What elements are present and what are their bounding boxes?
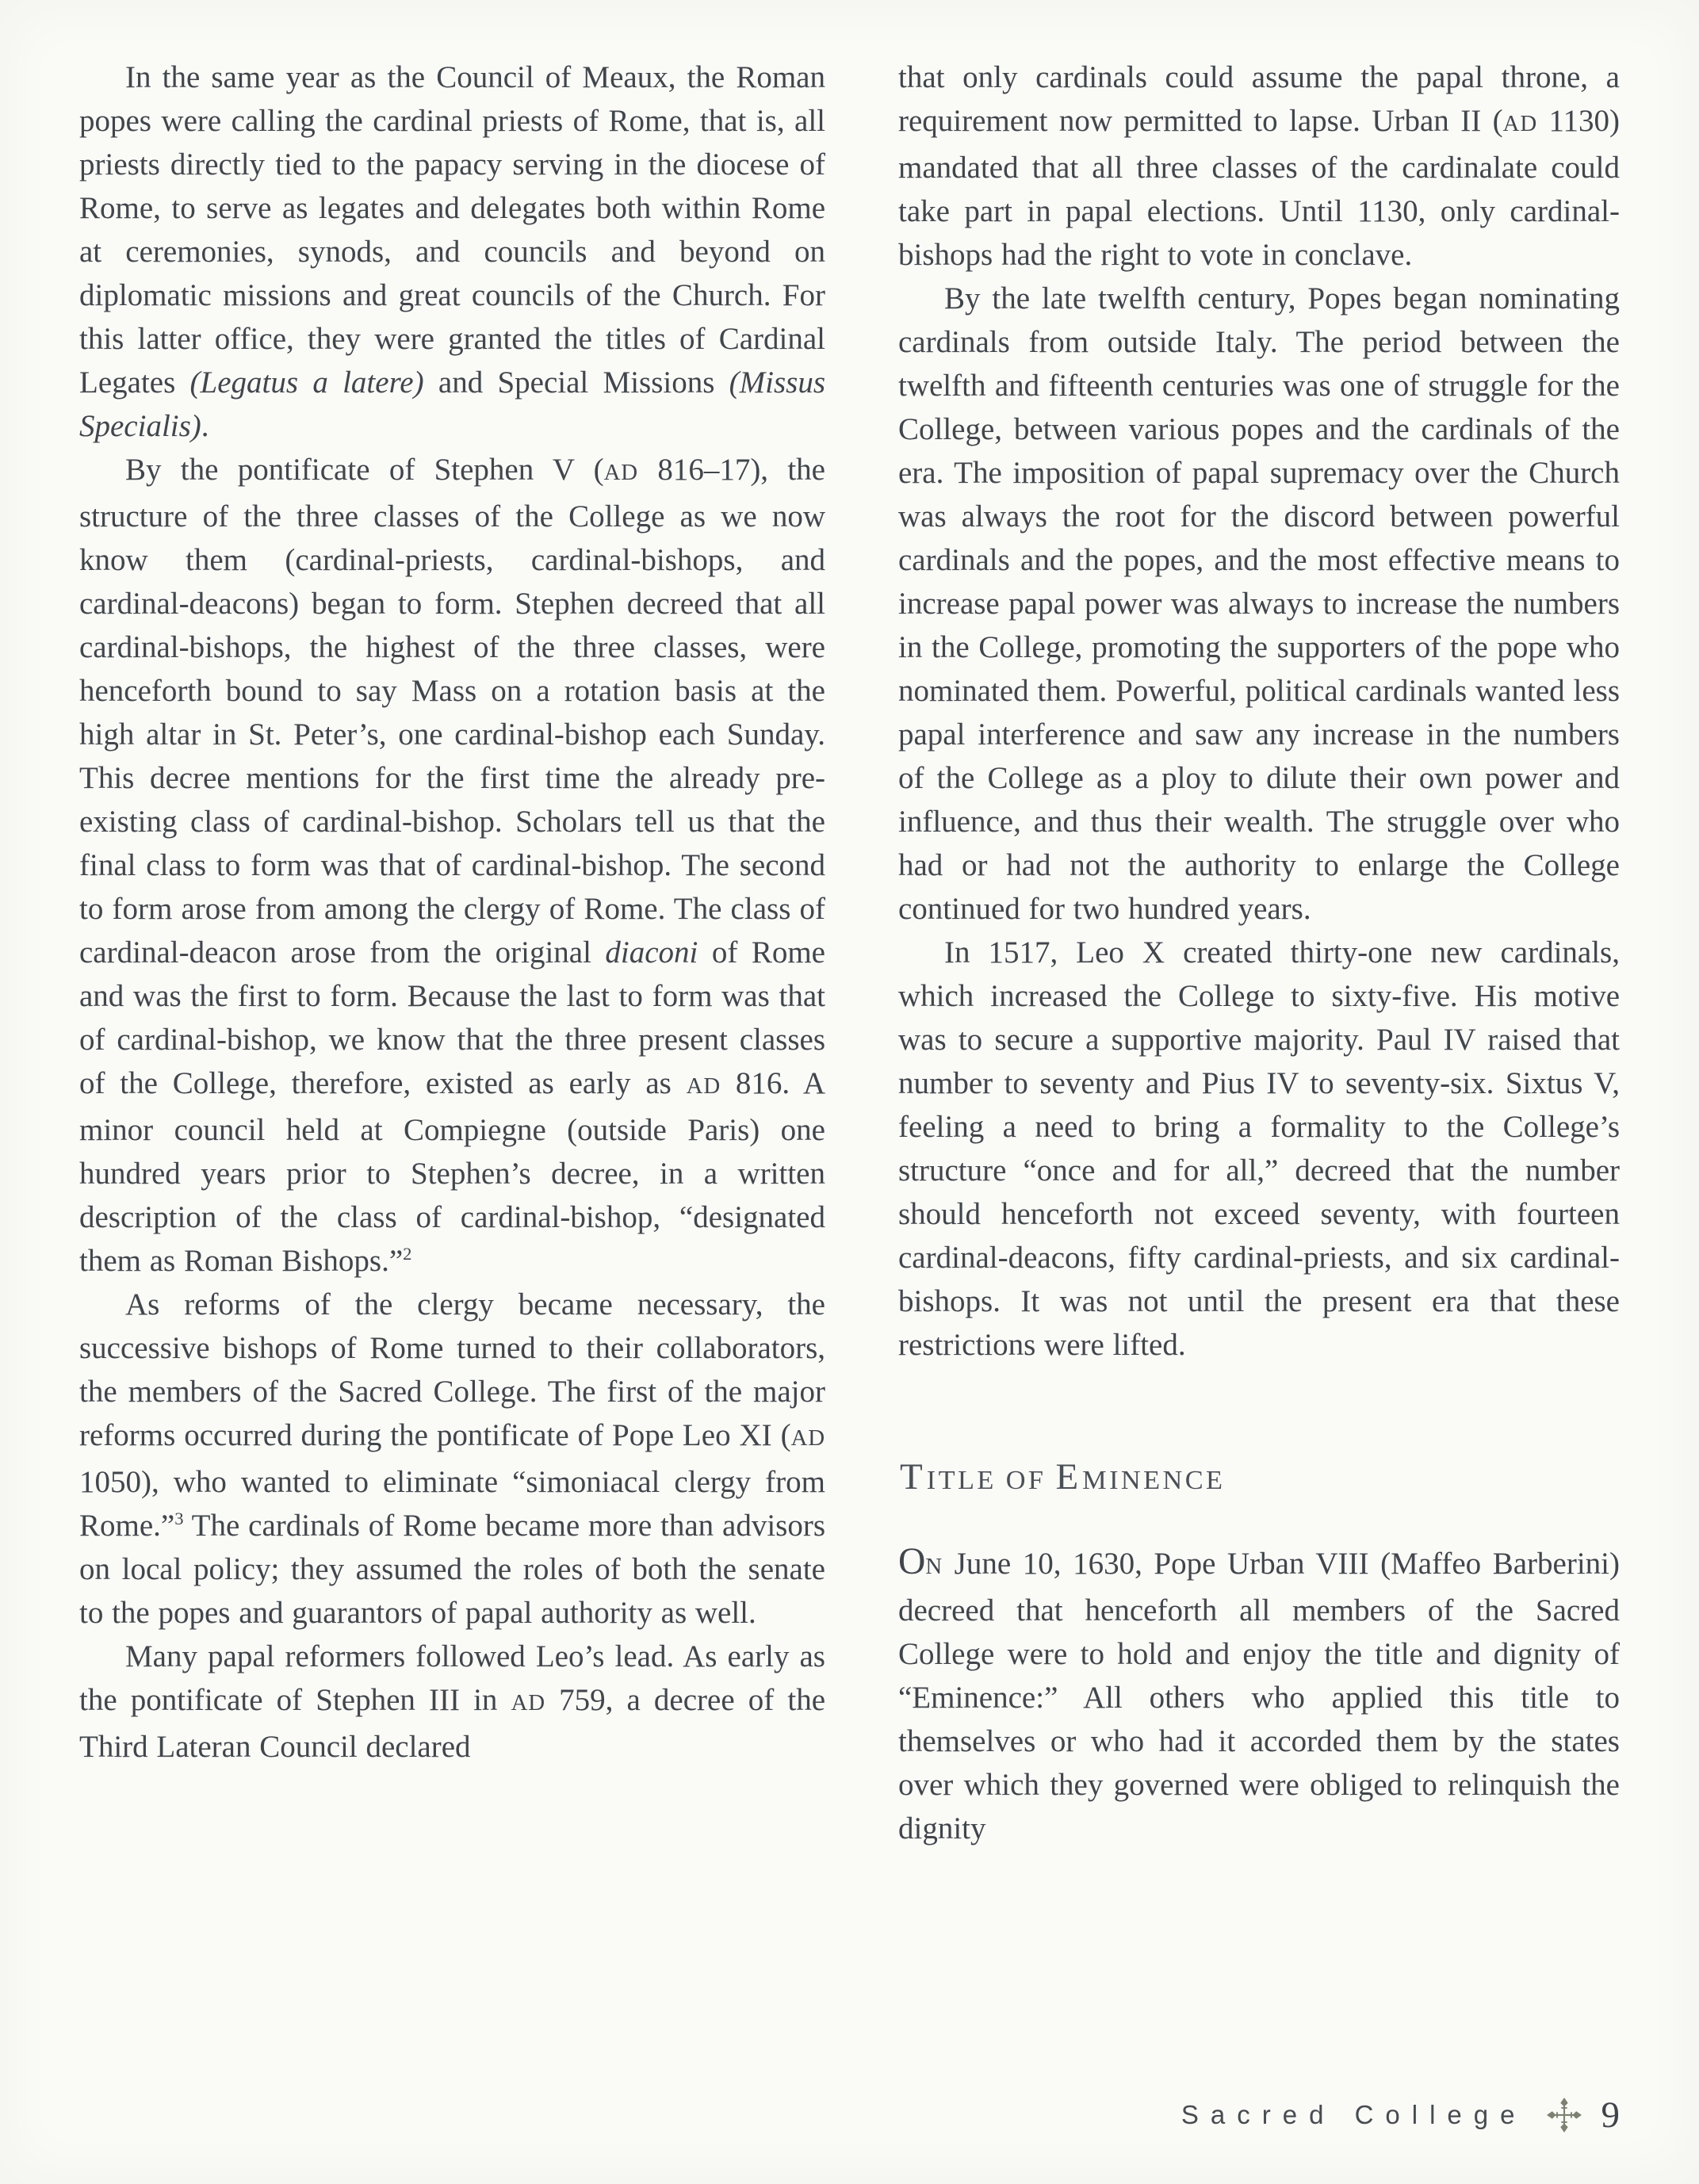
page-number: 9 [1601, 2094, 1621, 2136]
section-heading-title-of-eminence: Title of Eminence [900, 1459, 1620, 1496]
paragraph-clergy-reforms: As reforms of the clergy became necessar… [79, 1283, 825, 1635]
paragraph-urban-viii-eminence: On June 10, 1630, Pope Urban VIII (Maffe… [898, 1542, 1620, 1850]
page-footer: Sacred College 9 [1181, 2094, 1620, 2136]
paragraph-papal-reformers: Many papal reformers followed Leo’s lead… [79, 1635, 825, 1769]
page-body: In the same year as the Council of Meaux… [79, 55, 1620, 1850]
book-page: In the same year as the Council of Meaux… [0, 0, 1699, 2184]
paragraph-papal-throne-continuation: that only cardinals could assume the pap… [898, 55, 1620, 277]
cross-fleury-icon [1546, 2097, 1582, 2133]
paragraph-twelfth-century-struggle: By the late twelfth century, Popes began… [898, 277, 1620, 931]
left-column: In the same year as the Council of Meaux… [79, 55, 825, 1850]
paragraph-stephen-v-three-classes: By the pontificate of Stephen V (ad 816–… [79, 448, 825, 1283]
right-column: that only cardinals could assume the pap… [898, 55, 1620, 1850]
running-title: Sacred College [1181, 2100, 1527, 2130]
paragraph-council-of-meaux: In the same year as the Council of Meaux… [79, 55, 825, 448]
paragraph-leo-x-college-size: In 1517, Leo X created thirty-one new ca… [898, 931, 1620, 1367]
